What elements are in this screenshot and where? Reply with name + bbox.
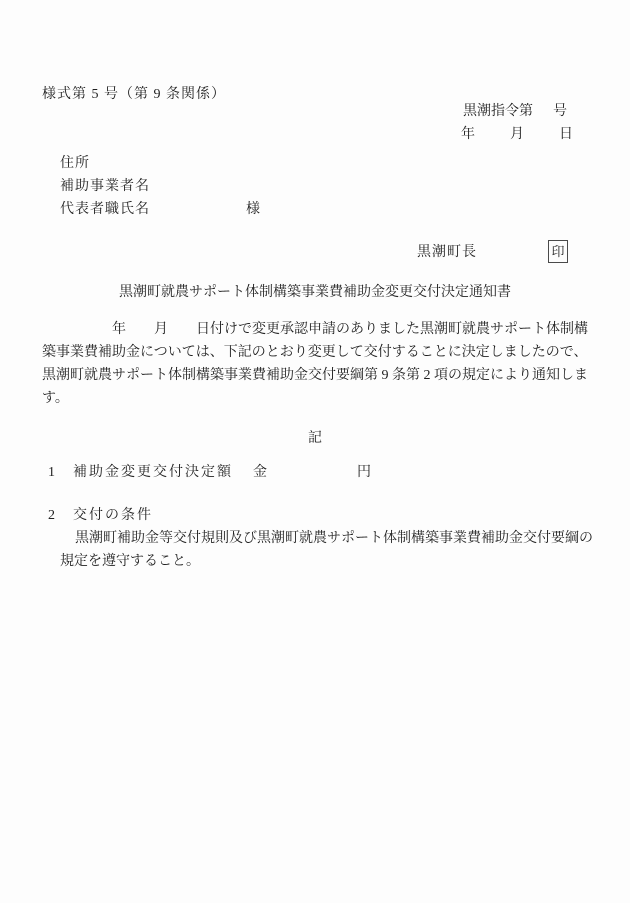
recipient-address-label: 住所 xyxy=(60,152,90,172)
form-number: 様式第 5 号（第 9 条関係） xyxy=(42,83,226,103)
date-year-label: 年 xyxy=(461,127,475,142)
body-line: 年 月 日付けで変更承認申請のありました黒潮町就農サポート体制構 xyxy=(42,318,588,341)
body-line: 黒潮町就農サポート体制構築事業費補助金交付要綱第 9 条第 2 項の規定により通… xyxy=(42,364,588,387)
issuer-title: 黒潮町長 xyxy=(417,241,477,261)
body-line: す。 xyxy=(42,387,588,410)
item-2-grant-conditions: 2交付の条件 xyxy=(48,504,153,524)
record-heading: 記 xyxy=(0,427,630,447)
issue-number-prefix: 黒潮指令第 xyxy=(463,104,533,119)
recipient-representative-line: 代表者職氏名様 xyxy=(60,198,260,218)
issue-date-line: 年月日 xyxy=(461,123,573,143)
notification-document-page: 様式第 5 号（第 9 条関係） 黒潮指令第号 年月日 住所 補助事業者名 代表… xyxy=(0,0,630,903)
item-2-detail-line: 規定を遵守すること。 xyxy=(60,550,200,570)
item-1-decision-amount: 1補助金変更交付決定額金円 xyxy=(48,461,371,481)
item-1-number: 1 xyxy=(48,465,55,480)
item-1-currency-prefix: 金 xyxy=(253,465,267,480)
item-2-label: 交付の条件 xyxy=(73,508,153,523)
date-day-label: 日 xyxy=(559,127,573,142)
item-2-number: 2 xyxy=(48,508,55,523)
date-month-label: 月 xyxy=(510,127,524,142)
seal-placeholder-box: 印 xyxy=(548,240,568,263)
body-paragraph: 年 月 日付けで変更承認申請のありました黒潮町就農サポート体制構 築事業費補助金… xyxy=(42,318,588,410)
document-title: 黒潮町就農サポート体制構築事業費補助金変更交付決定通知書 xyxy=(0,281,630,301)
recipient-honorific: 様 xyxy=(246,202,260,217)
body-line: 築事業費補助金については、下記のとおり変更して交付することに決定しましたので、 xyxy=(42,341,588,364)
item-2-detail-line: 黒潮町補助金等交付規則及び黒潮町就農サポート体制構築事業費補助金交付要綱の xyxy=(75,527,593,547)
recipient-business-name-label: 補助事業者名 xyxy=(60,175,150,195)
issue-number-line: 黒潮指令第号 xyxy=(463,100,567,120)
issue-number-suffix: 号 xyxy=(553,104,567,119)
item-1-currency-suffix: 円 xyxy=(357,465,371,480)
recipient-representative-label: 代表者職氏名 xyxy=(60,202,150,217)
item-1-label: 補助金変更交付決定額 xyxy=(73,465,233,480)
seal-character: 印 xyxy=(551,244,564,259)
